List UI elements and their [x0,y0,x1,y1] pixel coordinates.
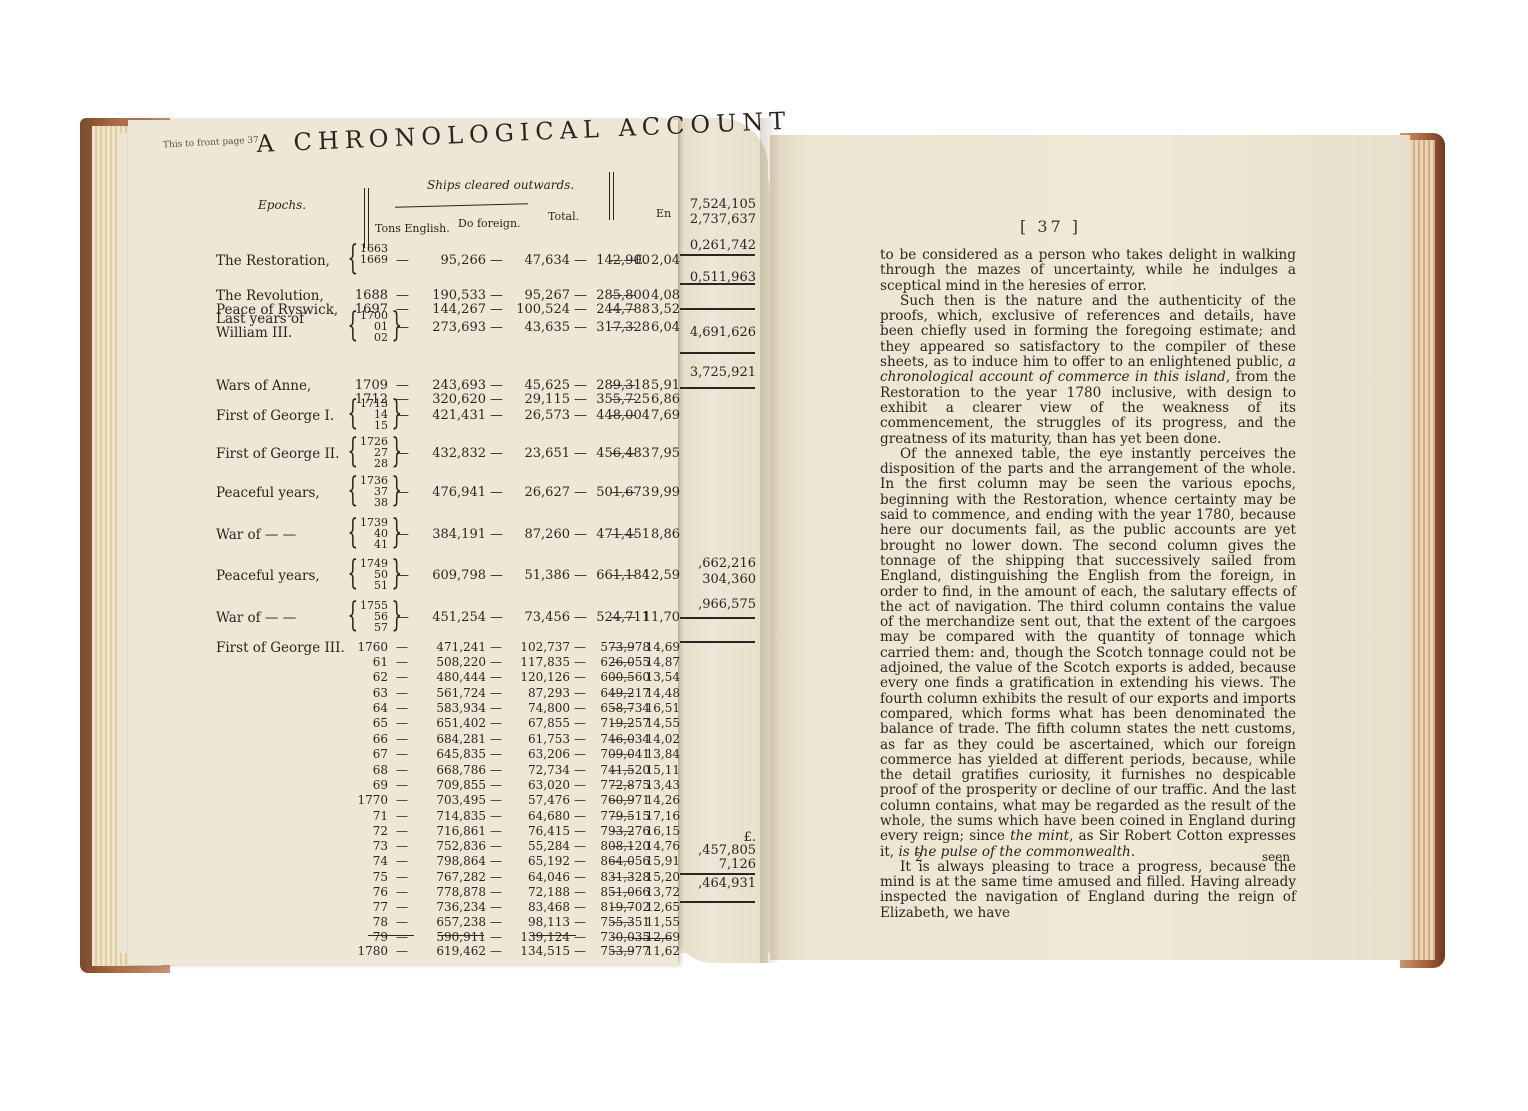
dash: — [396,809,408,823]
year: 66 [352,732,388,746]
strip-value: 3,725,921 [676,365,756,380]
partial-value: £. 2,04 [628,253,680,268]
brace-left-icon: { [347,515,358,549]
header-total: Total. [548,210,579,223]
tons-foreign: 63,020 [500,778,570,792]
dash: — [396,253,409,268]
partial-value: 6,04 [628,320,680,335]
year-group: 17495051 [360,558,388,591]
table-row: Peaceful years,{17363738}—476,941—26,627… [210,485,680,505]
header-tons-english: Tons English. [375,222,450,235]
partial-value: 13,84 [628,747,680,761]
partial-value: 14,55 [628,716,680,730]
year: 77 [352,900,388,914]
dash: — [396,640,408,654]
paragraph: Such then is the nature and the authenti… [880,294,1296,447]
tons-english: 651,402 [410,716,486,730]
partial-value: 11,55 [628,915,680,929]
tons-foreign: 51,386 [500,568,570,583]
dash: — [396,915,408,929]
tons-foreign: 47,634 [500,253,570,268]
dash: — [396,900,408,914]
partial-value: 14,48 [628,686,680,700]
epoch-label: The Restoration, [216,253,330,269]
tons-foreign: 76,415 [500,824,570,838]
strip-value: 304,360 [676,572,756,587]
table-row: The Restoration,{16631669—95,266—47,634—… [210,253,680,273]
tons-english: 320,620 [410,392,486,407]
year: 1770 [352,793,388,807]
strip-value: ,464,931 [676,876,756,891]
tons-foreign: 61,753 [500,732,570,746]
strip-value: ,966,575 [676,597,756,612]
table-row: 1780—619,462—134,515—753,977——11,62 [210,944,680,964]
partial-value: 7,69 [628,408,680,423]
tons-foreign: 87,260 [500,527,570,542]
tons-foreign: 67,855 [500,716,570,730]
dash: — [396,320,409,335]
year: 75 [352,870,388,884]
tons-foreign: 45,625 [500,378,570,393]
tons-foreign: 117,835 [500,655,570,669]
partial-value: 13,54 [628,670,680,684]
brace-left-icon: { [347,241,358,275]
paragraph: It is always pleasing to trace a progres… [880,860,1296,921]
sum-rule-1 [368,935,414,936]
brace-left-icon: { [347,473,358,507]
tons-english: 432,832 [410,446,486,461]
tons-english: 798,864 [410,854,486,868]
epoch-label: Peaceful years, [216,568,320,584]
header-rule-right [609,172,610,220]
year: 72 [352,824,388,838]
tons-english: 668,786 [410,763,486,777]
strip-value: 7,524,105 [676,197,756,212]
brace-left-icon: { [347,308,358,342]
tons-foreign: 134,515 [500,944,570,958]
right-page-body: to be considered as a person who takes d… [880,248,1296,921]
strip-value: 0,261,742 [676,238,756,253]
epoch-label: War of — — [216,610,296,626]
year: 64 [352,701,388,715]
tons-english: 421,431 [410,408,486,423]
strip-value: ,457,805 [676,843,756,858]
tons-foreign: 98,113 [500,915,570,929]
partial-value: 7,95 [628,446,680,461]
strip-value: 2,737,637 [676,212,756,227]
tons-english: 645,835 [410,747,486,761]
paragraph: to be considered as a person who takes d… [880,248,1296,294]
tons-english: 243,693 [410,378,486,393]
strip-rule [680,873,755,875]
year: 65 [352,716,388,730]
table-row: First of George I.{17131415}—421,431—26,… [210,408,680,428]
tons-foreign: 73,456 [500,610,570,625]
dash: — [396,747,408,761]
tons-english: 752,836 [410,839,486,853]
epoch-label: First of George I. [216,408,334,424]
dash: — [396,485,409,500]
strip-value: ,662,216 [676,556,756,571]
partial-value: 11,70 [628,610,680,625]
tons-foreign: 65,192 [500,854,570,868]
tons-english: 767,282 [410,870,486,884]
epoch-label: War of — — [216,527,296,543]
year: 67 [352,747,388,761]
tons-foreign: 26,627 [500,485,570,500]
dash: — [396,670,408,684]
sum-rule-3 [530,935,576,936]
dash: — [396,930,408,944]
header-foreign: Do foreign. [458,217,521,230]
dash: — [396,944,408,958]
paragraph: Of the annexed table, the eye instantly … [880,447,1296,860]
brace-left-icon: { [347,434,358,468]
dash: — [396,701,408,715]
tons-english: 714,835 [410,809,486,823]
dash: — [396,716,408,730]
year: 62 [352,670,388,684]
tons-foreign: 120,126 [500,670,570,684]
sum-rule-2 [438,935,484,936]
tons-foreign: 23,651 [500,446,570,461]
epoch-label: First of George II. [216,446,339,462]
partial-value: 5,91 [628,378,680,393]
table-row: War of — —{17555657}—451,254—73,456—524,… [210,610,680,630]
tons-foreign: 102,737 [500,640,570,654]
partial-value: 4,08 [628,288,680,303]
strip-value: 7,126 [676,857,756,872]
dash: — [396,732,408,746]
tons-foreign: 83,468 [500,900,570,914]
year-group: 17131415 [360,398,388,431]
year: 69 [352,778,388,792]
dash: — [396,870,408,884]
tons-foreign: 57,476 [500,793,570,807]
tons-english: 190,533 [410,288,486,303]
year: 63 [352,686,388,700]
tons-english: 684,281 [410,732,486,746]
partial-value: 13,43 [628,778,680,792]
tons-foreign: 43,635 [500,320,570,335]
year: 68 [352,763,388,777]
dash: — [396,655,408,669]
partial-value: 14,26 [628,793,680,807]
dash: — [396,568,409,583]
strip-rule [680,254,755,256]
partial-value: 14,69 [628,640,680,654]
header-partial-next: En [656,207,671,220]
strip-rule [680,641,755,643]
epoch-label: First of George III. [216,640,345,656]
partial-value: 15,91 [628,854,680,868]
year: 73 [352,839,388,853]
table-row: War of — —{17394041}—384,191—87,260—471,… [210,527,680,547]
tons-foreign: 29,115 [500,392,570,407]
table-row: First of George II.{17262728}—432,832—23… [210,446,680,466]
year: 1760 [352,640,388,654]
tons-english: 583,934 [410,701,486,715]
tons-english: 471,241 [410,640,486,654]
page-number: [ 37 ] [1020,217,1081,236]
tons-english: 476,941 [410,485,486,500]
tons-foreign: 63,206 [500,747,570,761]
partial-value: 13,72 [628,885,680,899]
partial-value: 12,59 [628,568,680,583]
year-group: 17394041 [360,517,388,550]
year: 1688 [352,288,388,303]
catchword: seen [1262,850,1290,864]
year: 78 [352,915,388,929]
tons-foreign: 139,124 [500,930,570,944]
year: 1780 [352,944,388,958]
tons-english: 95,266 [410,253,486,268]
partial-value: 14,02 [628,732,680,746]
partial-value: 17,16 [628,809,680,823]
dash: — [396,763,408,777]
tons-english: 609,798 [410,568,486,583]
year-group: 17000102 [360,310,388,343]
strip-rule [680,283,755,285]
epoch-label: Last years of William III. [216,312,316,340]
header-rule-left [364,188,365,248]
tons-english: 778,878 [410,885,486,899]
strip-rule [680,387,755,389]
open-book: 7,524,1052,737,6370,261,7420,511,9634,69… [0,0,1528,1111]
tons-english: 480,444 [410,670,486,684]
year: 71 [352,809,388,823]
dash: — [396,686,408,700]
sum-rule-4 [632,938,672,939]
tons-foreign: 64,680 [500,809,570,823]
partial-value: 15,11 [628,763,680,777]
partial-value: 14,87 [628,655,680,669]
dash: — [396,824,408,838]
tons-english: 619,462 [410,944,486,958]
dash: — [396,288,409,303]
dash: — [396,885,408,899]
strip-rule [680,352,755,354]
tons-foreign: 55,284 [500,839,570,853]
tons-foreign: 64,046 [500,870,570,884]
strip-rule [680,308,755,310]
year-group: 17262728 [360,436,388,469]
dash: — [396,793,408,807]
partial-value: 14,76 [628,839,680,853]
strip-rule [680,617,755,619]
year: 1709 [352,378,388,393]
partial-value: 9,99 [628,485,680,500]
dash: — [396,408,409,423]
tons-foreign: 26,573 [500,408,570,423]
tons-english: 736,234 [410,900,486,914]
strip-rule [680,901,755,903]
partial-value: 11,62 [628,944,680,958]
signature-mark: 2 [915,850,923,864]
partial-value: 16,51 [628,701,680,715]
dash: — [396,446,409,461]
tons-english: 716,861 [410,824,486,838]
strip-value: 4,691,626 [676,325,756,340]
tons-foreign: 74,800 [500,701,570,715]
header-rule-right-2 [613,172,614,220]
tons-foreign: 72,734 [500,763,570,777]
partial-value: 12,65 [628,900,680,914]
tons-foreign: 100,524 [500,302,570,317]
header-epochs: Epochs. [258,198,306,212]
tons-english: 273,693 [410,320,486,335]
year: 61 [352,655,388,669]
tons-foreign: 87,293 [500,686,570,700]
tons-english: 703,495 [410,793,486,807]
epoch-label: Peaceful years, [216,485,320,501]
header-ships-cleared: Ships cleared outwards. [427,178,574,192]
dash: — [396,778,408,792]
year: 79 [352,930,388,944]
brace-left-icon: { [347,396,358,430]
partial-value: 15,20 [628,870,680,884]
tons-foreign: 72,188 [500,885,570,899]
dash: — [396,854,408,868]
year-group: 17555657 [360,600,388,633]
brace-left-icon: { [347,556,358,590]
brace-left-icon: { [347,598,358,632]
dash: — [396,527,409,542]
tons-foreign: 95,267 [500,288,570,303]
partial-value: 3,52 [628,302,680,317]
tons-english: 451,254 [410,610,486,625]
year-group: 17363738 [360,475,388,508]
table-row: Last years of William III.{17000102}—273… [210,320,680,340]
partial-value: 6,86 [628,392,680,407]
year: 76 [352,885,388,899]
partial-value: 12,69 [628,930,680,944]
partial-value: 16,15 [628,824,680,838]
tons-english: 590,911 [410,930,486,944]
year-group: 16631669 [360,243,388,265]
dash: — [396,839,408,853]
tons-english: 384,191 [410,527,486,542]
dash: — [396,610,409,625]
tons-english: 508,220 [410,655,486,669]
tons-english: 144,267 [410,302,486,317]
gutter-shadow [760,118,780,963]
tons-english: 709,855 [410,778,486,792]
dash: — [396,378,409,393]
year: 74 [352,854,388,868]
header-rule-left-2 [368,188,369,248]
tons-english: 657,238 [410,915,486,929]
partial-value: 8,86 [628,527,680,542]
table-row: Peaceful years,{17495051}—609,798—51,386… [210,568,680,588]
tons-english: 561,724 [410,686,486,700]
